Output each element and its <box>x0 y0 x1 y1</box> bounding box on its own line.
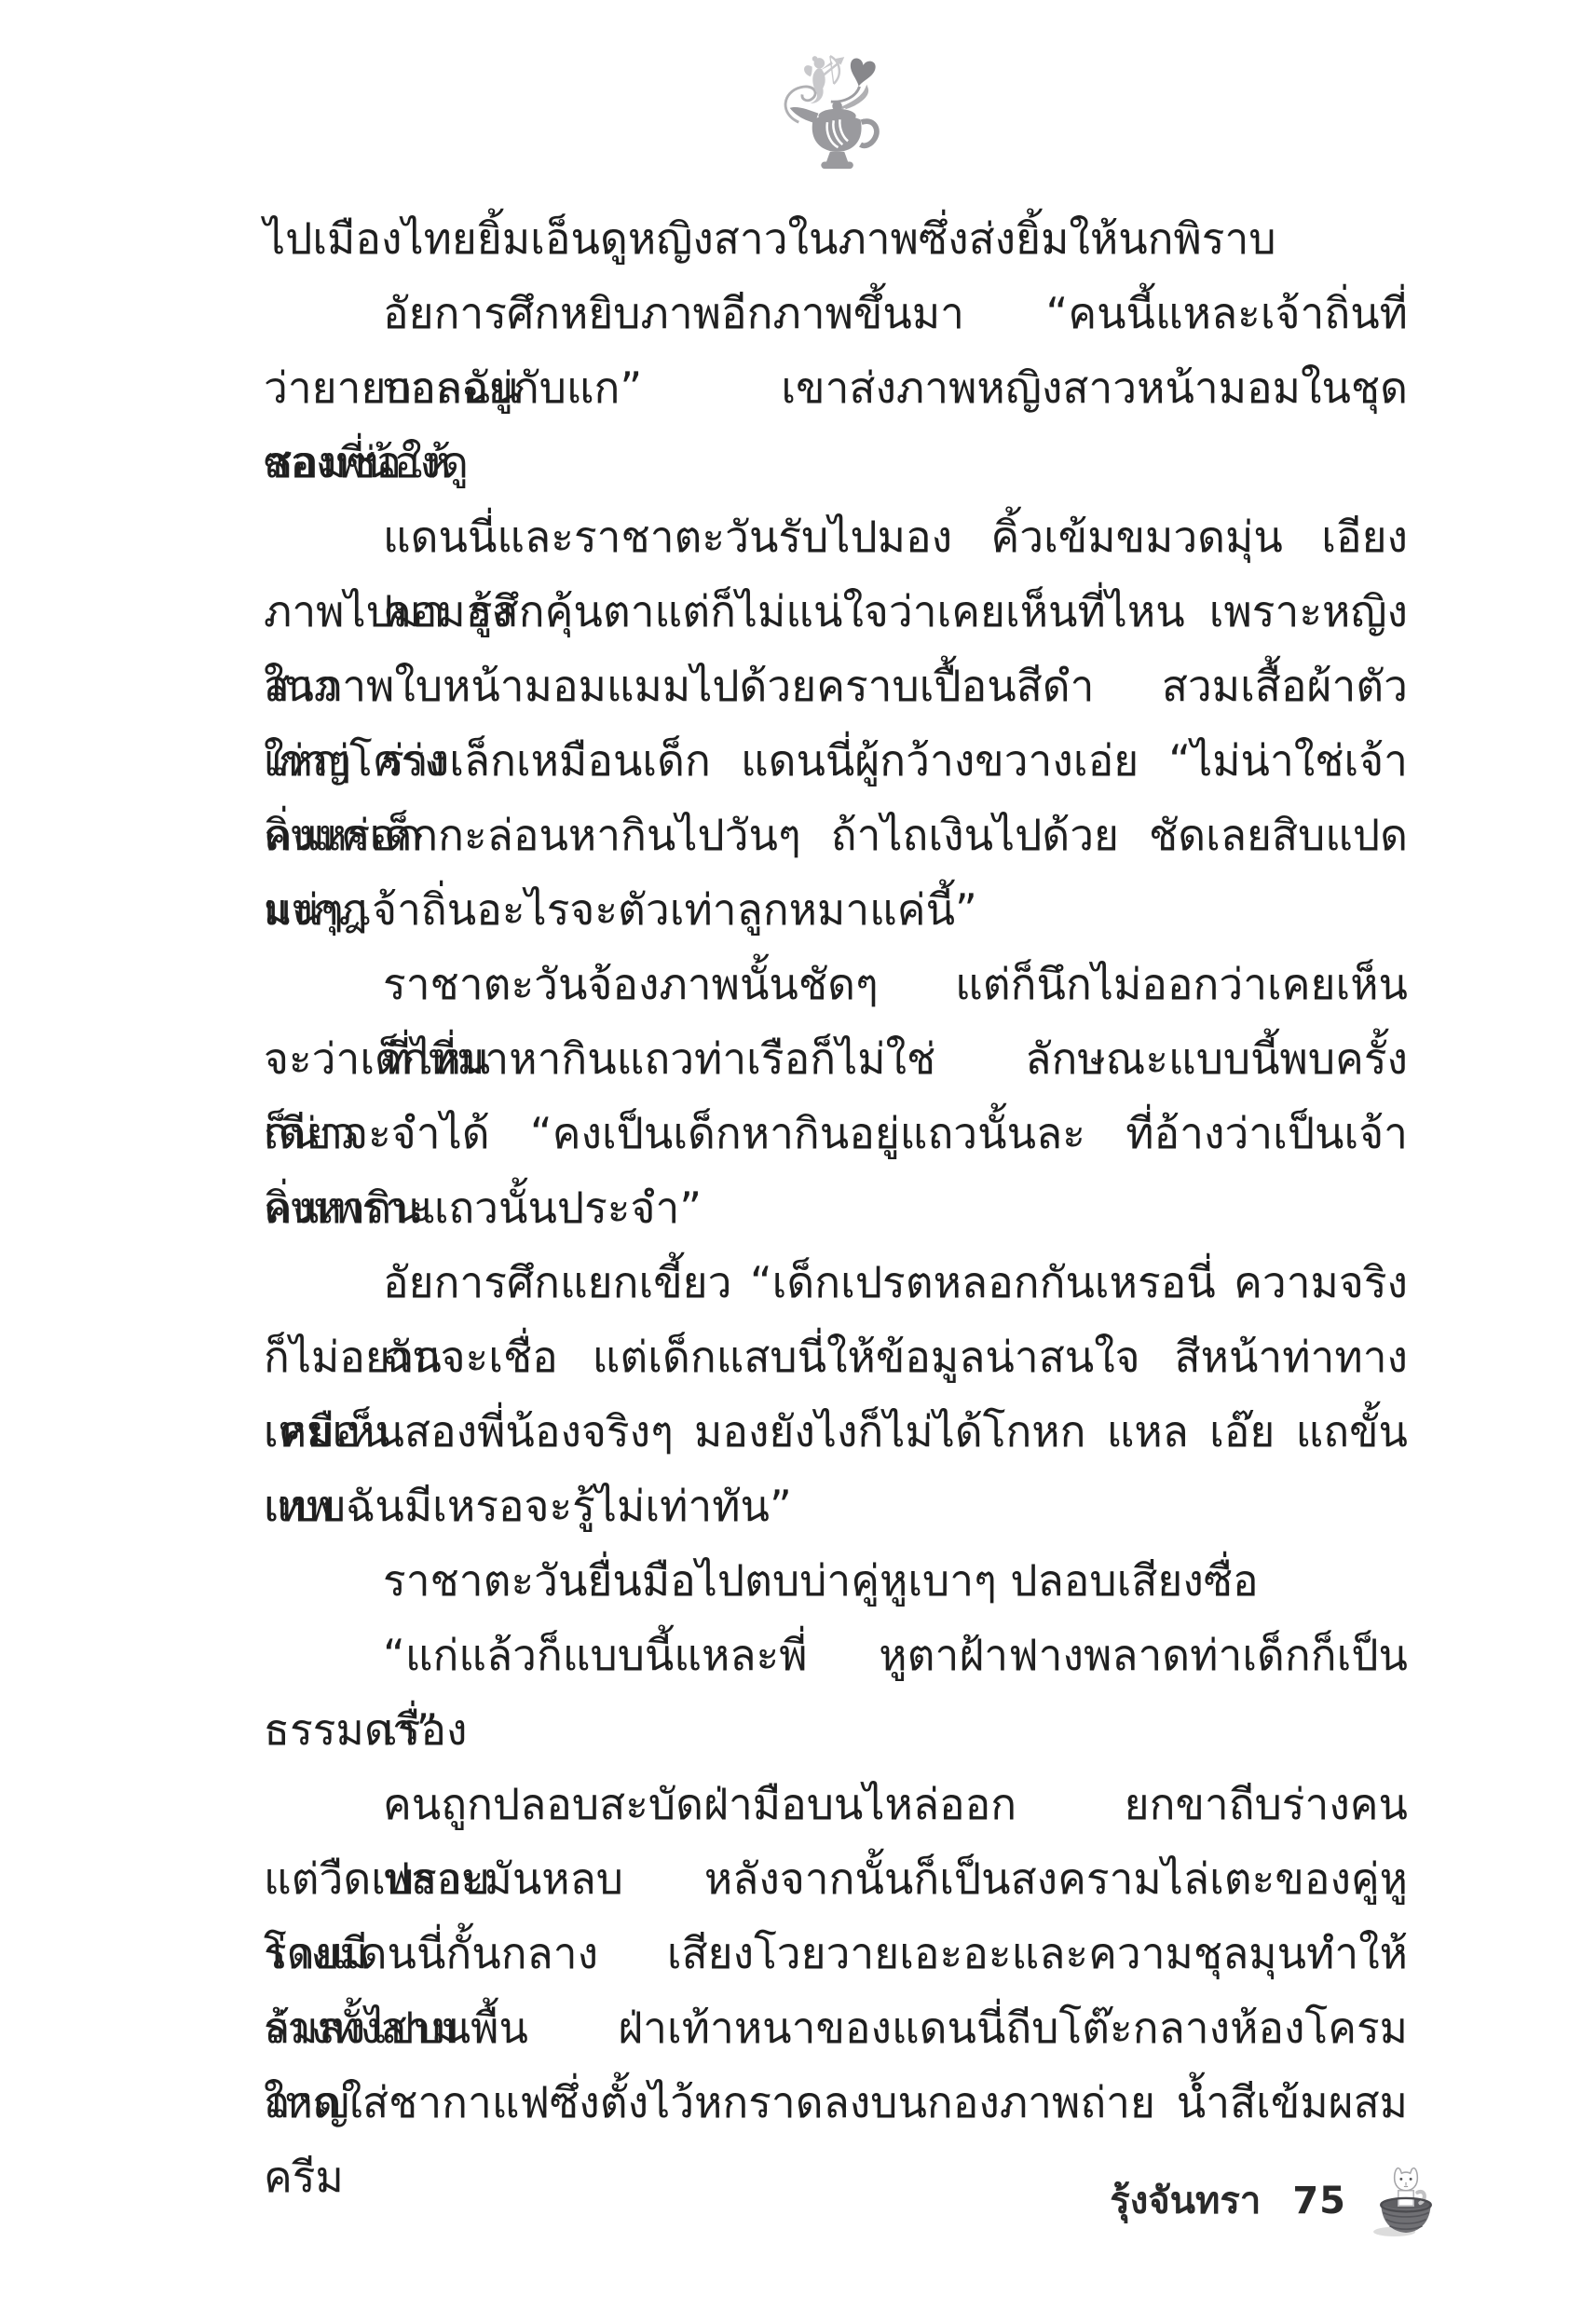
text-line: เก่าๆ ร่างเล็กเหมือนเด็ก แดนนี่ผู้กว้างข… <box>264 723 1408 798</box>
text-line: ถาดใส่ชากาแฟซึ่งตั้งไว้หกราดลงบนกองภาพถ่… <box>264 2065 1408 2140</box>
text-line: ธรรมดา” <box>264 1692 1408 1767</box>
text-line: ภาพไปมา รู้สึกคุ้นตาแต่ก็ไม่แน่ใจว่าเคยเ… <box>264 574 1408 649</box>
text-line: แบบฉันมีเหรอจะรู้ไม่เท่าทัน” <box>264 1469 1408 1543</box>
text-line: ร่างแดนนี่กั้นกลาง เสียงโวยวายเอะอะและคว… <box>264 1916 1408 1990</box>
text-line: คนถูกปลอบสะบัดฝ่ามือบนไหล่ออก ยกขาถีบร่า… <box>264 1767 1408 1841</box>
page-number: 75 <box>1292 2180 1346 2222</box>
text-line: คงหากินแถวนั้นประจำ” <box>264 1170 1408 1245</box>
text-line: อัยการศึกแยกเขี้ยว “เด็กเปรตหลอกกันเหรอน… <box>264 1245 1408 1320</box>
text-line: แน่ๆ เจ้าถิ่นอะไรจะตัวเท่าลูกหมาแค่นี้” <box>264 872 1408 947</box>
text-line: ราชาตะวันยื่นมือไปตบบ่าคู่หูเบาๆ ปลอบเสี… <box>264 1543 1408 1618</box>
text-line: ก็น่าจะจำได้ “คงเป็นเด็กหากินอยู่แถวนั้น… <box>264 1096 1408 1170</box>
text-line: สองพี่น้องดู <box>264 425 1408 499</box>
text-line: อัยการศึกหยิบภาพอีกภาพขึ้นมา “คนนี้แหละเ… <box>264 276 1408 350</box>
text-line: ไปเมืองไทยยิ้มเอ็นดูหญิงสาวในภาพซึ่งส่งย… <box>264 201 1408 276</box>
text-line: “แก่แล้วก็แบบนี้แหละพี่ หูตาฝ้าฟางพลาดท่… <box>264 1618 1408 1692</box>
text-line: ว่ายายกาลอยู่กับแก” เขาส่งภาพหญิงสาวหน้า… <box>264 350 1408 425</box>
page-footer: รุ้งจันทรา75 <box>264 2173 1346 2229</box>
text-line: ราชาตะวันจ้องภาพนั้นชัดๆ แต่ก็นึกไม่ออกว… <box>264 947 1408 1021</box>
text-line: ก็ไม่อยากจะเชื่อ แต่เด็กแสบนี่ให้ข้อมูลน… <box>264 1320 1408 1394</box>
book-title: รุ้งจันทรา <box>1110 2180 1261 2222</box>
text-line: คงแค่เด็กกะล่อนหากินไปวันๆ ถ้าไถเงินไปด้… <box>264 798 1408 872</box>
text-line: แต่วืดเพราะมันหลบ หลังจากนั้นก็เป็นสงครา… <box>264 1841 1408 1916</box>
book-page: ไปเมืองไทยยิ้มเอ็นดูหญิงสาวในภาพซึ่งส่งย… <box>0 0 1596 2311</box>
text-line: จะว่าเด็กที่มาหากินแถวท่าเรือก็ไม่ใช่ ลั… <box>264 1021 1408 1096</box>
text-line: ล้มลงไปบนพื้น ฝ่าเท้าหนาของแดนนี่ถีบโต๊ะ… <box>264 1990 1408 2065</box>
text-line: แดนนี่และราชาตะวันรับไปมอง คิ้วเข้มขมวดม… <box>264 499 1408 574</box>
text-line: เคยเห็นสองพี่น้องจริงๆ มองยังไงก็ไม่ได้โ… <box>264 1394 1408 1469</box>
genie-lamp-cupid-heart-icon <box>783 49 894 182</box>
text-line: ในภาพใบหน้ามอมแมมไปด้วยคราบเปื้อนสีดำ สว… <box>264 649 1408 723</box>
page-text-block: ไปเมืองไทยยิ้มเอ็นดูหญิงสาวในภาพซึ่งส่งย… <box>264 201 1408 2140</box>
cat-in-basket-icon <box>1371 2160 1440 2240</box>
